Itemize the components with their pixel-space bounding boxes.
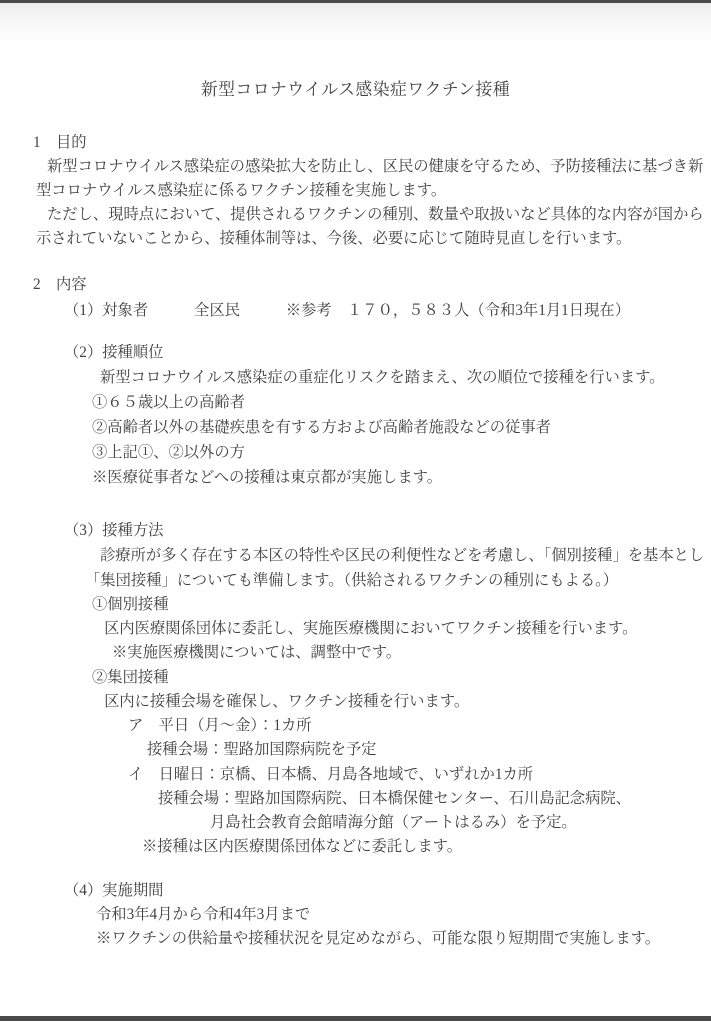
text-line: ※接種は区内医療関係団体などに委託します。 <box>142 835 462 859</box>
text-line: （4）実施期間 <box>64 879 163 903</box>
text-line: ②高齢者以外の基礎疾患を有する方および高齢者施設などの従事者 <box>92 416 551 440</box>
text-line: ※医療従事者などへの接種は東京都が実施します。 <box>92 466 442 490</box>
text-line: 新型コロナウイルス感染症の感染拡大を防止し、区民の健康を守るため、予防接種法に基… <box>47 155 703 179</box>
text-line: 月島社会教育会館晴海分館（アートはるみ）を予定。 <box>210 811 577 835</box>
text-line: ただし、現時点において、提供されるワクチンの種別、数量や取扱いなど具体的な内容が… <box>47 203 704 227</box>
text-line: ②集団接種 <box>92 666 169 690</box>
text-line: ※ワクチンの供給量や接種状況を見定めながら、可能な限り短期間で実施します。 <box>96 927 660 951</box>
document-title: 新型コロナウイルス感染症ワクチン接種 <box>0 78 711 102</box>
text-line: 示されていないことから、接種体制等は、今後、必要に応じて随時見直しを行います。 <box>36 227 631 251</box>
text-line: 1 目的 <box>33 131 87 155</box>
text-line: 区内に接種会場を確保し、ワクチン接種を行います。 <box>104 690 469 714</box>
text-line: 2 内容 <box>33 273 87 297</box>
text-line: ③上記①、②以外の方 <box>92 441 245 465</box>
text-line: （2）接種順位 <box>64 341 163 365</box>
text-line: ア 平日（月～金）：1カ所 <box>128 714 312 738</box>
page-bottom-border <box>0 1016 711 1021</box>
text-line: 令和3年4月から令和4年3月まで <box>96 903 310 927</box>
page-top-shadow <box>0 3 711 45</box>
text-line: 新型コロナウイルス感染症の重症化リスクを踏まえ、次の順位で接種を行います。 <box>100 366 664 390</box>
document-page: 新型コロナウイルス感染症ワクチン接種 1 目的新型コロナウイルス感染症の感染拡大… <box>0 0 711 1024</box>
text-line: 区内医療関係団体に委託し、実施医療機関においてワクチン接種を行います。 <box>104 617 637 641</box>
text-line: ※実施医療機関については、調整中です。 <box>112 641 401 665</box>
text-line: （1）対象者 全区民 ※参考 １７０，５８３人（令和3年1月1日現在） <box>64 299 630 323</box>
text-line: 型コロナウイルス感染症に係るワクチン接種を実施します。 <box>36 179 446 203</box>
text-line: ①６５歳以上の高齢者 <box>92 391 245 415</box>
text-line: 接種会場：聖路加国際病院、日本橋保健センター、石川島記念病院、 <box>158 787 631 811</box>
text-line: 診療所が多く存在する本区の特性や区民の利便性などを考慮し、「個別接種」を基本とし <box>100 544 704 568</box>
text-line: 「集団接種」についても準備します。（供給されるワクチンの種別にもよる。） <box>85 569 618 593</box>
text-line: 接種会場：聖路加国際病院を予定 <box>147 738 376 762</box>
text-line: イ 日曜日：京橋、日本橋、月島各地域で、いずれか1カ所 <box>128 763 533 787</box>
text-line: （3）接種方法 <box>64 519 163 543</box>
text-line: ①個別接種 <box>92 593 169 617</box>
